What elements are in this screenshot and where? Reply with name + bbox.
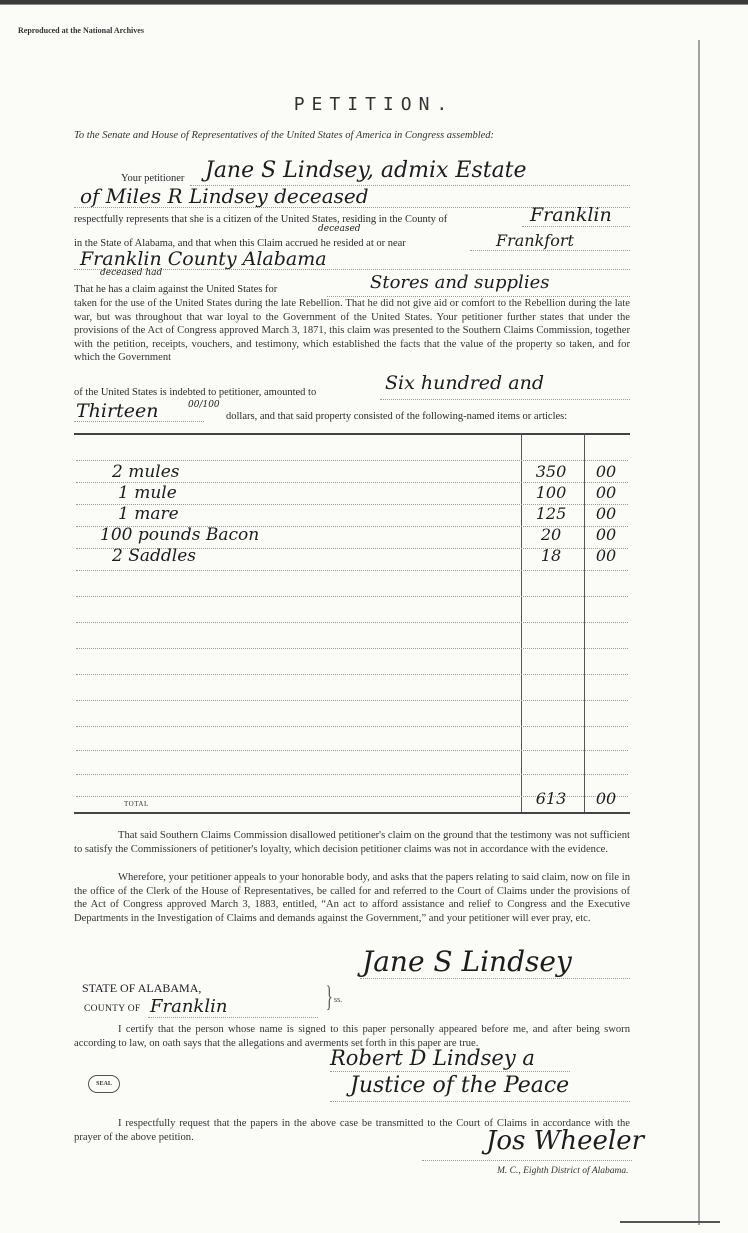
petitioner-name-cont: of Miles R Lindsey deceased [80, 184, 369, 208]
row-rule [76, 674, 628, 675]
item-dollars: 350 [524, 462, 578, 481]
archive-stamp: Reproduced at the National Archives [18, 26, 144, 35]
deceased-insert: deceased [318, 224, 361, 234]
claim-body-paragraph: taken for the use of the United States d… [74, 297, 630, 365]
affidavit-state: STATE OF ALABAMA, [82, 981, 201, 996]
signature-line [422, 1159, 632, 1161]
item-cents: 00 [586, 546, 626, 565]
item-description: 1 mare [118, 504, 179, 524]
officer-title: Justice of the Peace [350, 1073, 569, 1098]
row-rule [76, 460, 628, 461]
total-label: TOTAL [124, 800, 149, 808]
document-title: PETITION. [0, 94, 748, 115]
item-dollars: 125 [524, 504, 578, 523]
residence-cont: Franklin County Alabama [80, 248, 327, 270]
claim-insert: deceased had [100, 268, 162, 278]
officer-signature: Robert D Lindsey a [330, 1046, 535, 1070]
amount-words: Six hundred and [385, 372, 544, 394]
disallowed-paragraph: That said Southern Claims Commission dis… [74, 829, 630, 856]
signature-line [330, 1070, 570, 1072]
item-dollars: 20 [524, 525, 578, 544]
item-description: 2 Saddles [112, 546, 196, 566]
cents-column-divider [584, 433, 585, 813]
item-cents: 00 [586, 525, 626, 544]
row-rule [76, 596, 628, 597]
claim-for-value: Stores and supplies [370, 272, 549, 293]
item-cents: 00 [586, 504, 626, 523]
row-rule [76, 726, 628, 727]
item-cents: 00 [586, 462, 626, 481]
total-dollars: 613 [524, 789, 578, 808]
salutation: To the Senate and House of Representativ… [74, 130, 494, 141]
brace-icon: } [326, 980, 333, 1014]
fill-line [380, 398, 630, 400]
table-top-rule [74, 433, 630, 435]
row-rule [76, 648, 628, 649]
amount-fraction: 00/100 [188, 400, 220, 410]
item-cents: 00 [586, 483, 626, 502]
total-cents: 00 [586, 789, 626, 808]
row-rule [76, 622, 628, 623]
scan-top-border-shadow [0, 4, 748, 5]
row-rule [76, 570, 628, 571]
congressman-signature: Jos Wheeler [486, 1126, 644, 1156]
page-right-edge [698, 40, 700, 1225]
item-description: 1 mule [118, 483, 177, 503]
petitioner-name: Jane S Lindsey, admix Estate [205, 158, 527, 183]
dollars-text: dollars, and that said property consiste… [226, 410, 567, 423]
item-dollars: 100 [524, 483, 578, 502]
county-value: Franklin [530, 204, 612, 226]
row-rule [76, 700, 628, 701]
affidavit-county-label: COUNTY OF [84, 1004, 140, 1014]
signature-line [330, 1100, 630, 1102]
page-bottom-mark [620, 1221, 720, 1223]
row-rule [76, 750, 628, 751]
item-dollars: 18 [524, 546, 578, 565]
amount-words-cont: Thirteen [76, 400, 158, 422]
wherefore-paragraph: Wherefore, your petitioner appeals to yo… [74, 871, 630, 925]
dollars-column-divider [521, 433, 522, 813]
ss-mark: ss. [334, 995, 342, 1004]
signer-title: M. C., Eighth District of Alabama. [497, 1166, 629, 1176]
affidavit-county: Franklin [150, 996, 227, 1017]
residence-value: Frankfort [496, 231, 574, 250]
item-description: 100 pounds Bacon [100, 525, 259, 545]
petitioner-signature: Jane S Lindsey [362, 945, 572, 978]
row-rule [76, 774, 628, 775]
table-bottom-rule [74, 812, 630, 814]
item-description: 2 mules [112, 462, 180, 482]
seal-icon: SEAL [88, 1075, 120, 1093]
